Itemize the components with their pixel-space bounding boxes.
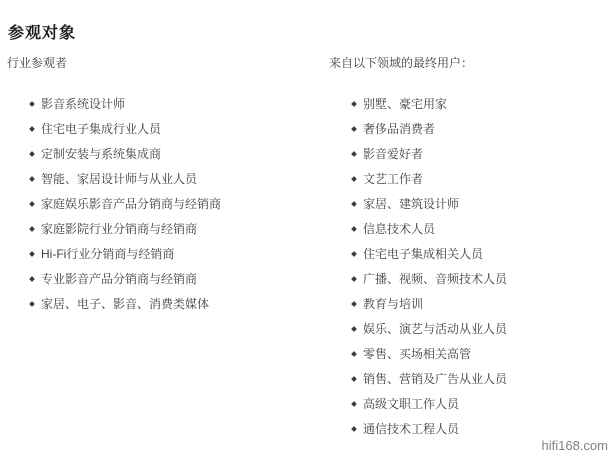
bullet-icon [351, 426, 357, 432]
bullet-icon [29, 151, 35, 157]
list-item: 影音爱好者 [329, 141, 609, 166]
list-item: 零售、买场相关高管 [329, 341, 609, 366]
list-item-label: 零售、买场相关高管 [363, 345, 471, 362]
industry-visitors-header: 行业参观者 [7, 57, 307, 70]
list-item: 定制安装与系统集成商 [7, 141, 307, 166]
industry-visitors-section: 行业参观者 影音系统设计师 住宅电子集成行业人员 定制安装与系统集成商 [7, 57, 307, 316]
list-item-label: 影音爱好者 [363, 145, 423, 162]
page-title: 参观对象 [8, 20, 76, 43]
list-item-label: 专业影音产品分销商与经销商 [41, 270, 197, 287]
bullet-icon [351, 201, 357, 207]
bullet-icon [351, 401, 357, 407]
list-item-label: 家居、建筑设计师 [363, 195, 459, 212]
bullet-icon [351, 251, 357, 257]
industry-visitors-list: 影音系统设计师 住宅电子集成行业人员 定制安装与系统集成商 智能、家居设计师与从… [7, 91, 307, 316]
list-item: 娱乐、演艺与活动从业人员 [329, 316, 609, 341]
list-item: 影音系统设计师 [7, 91, 307, 116]
list-item-label: 别墅、豪宅用家 [363, 95, 447, 112]
bullet-icon [29, 176, 35, 182]
list-item: 奢侈品消费者 [329, 116, 609, 141]
list-item-label: 家居、电子、影音、消费类媒体 [41, 295, 209, 312]
list-item-label: 影音系统设计师 [41, 95, 125, 112]
list-item-label: Hi-Fi行业分销商与经销商 [41, 245, 174, 262]
list-item: 智能、家居设计师与从业人员 [7, 166, 307, 191]
list-item-label: 高级文职工作人员 [363, 395, 459, 412]
list-item: 广播、视频、音频技术人员 [329, 266, 609, 291]
list-item-label: 定制安装与系统集成商 [41, 145, 161, 162]
list-item: 家庭影院行业分销商与经销商 [7, 216, 307, 241]
end-users-list: 别墅、豪宅用家 奢侈品消费者 影音爱好者 文艺工作者 [329, 91, 609, 441]
list-item-label: 智能、家居设计师与从业人员 [41, 170, 197, 187]
list-item: 专业影音产品分销商与经销商 [7, 266, 307, 291]
list-item-label: 教育与培训 [363, 295, 423, 312]
list-item: 家居、电子、影音、消费类媒体 [7, 291, 307, 316]
list-item-label: 销售、营销及广告从业人员 [363, 370, 507, 387]
bullet-icon [351, 276, 357, 282]
end-users-header: 来自以下领域的最终用户： [329, 57, 609, 70]
bullet-icon [29, 201, 35, 207]
list-item-label: 文艺工作者 [363, 170, 423, 187]
list-item-label: 奢侈品消费者 [363, 120, 435, 137]
list-item: 住宅电子集成相关人员 [329, 241, 609, 266]
list-item: 住宅电子集成行业人员 [7, 116, 307, 141]
list-item: 信息技术人员 [329, 216, 609, 241]
list-item: 家居、建筑设计师 [329, 191, 609, 216]
list-item-label: 信息技术人员 [363, 220, 435, 237]
bullet-icon [351, 301, 357, 307]
bullet-icon [29, 126, 35, 132]
bullet-icon [351, 326, 357, 332]
end-users-section: 来自以下领域的最终用户： 别墅、豪宅用家 奢侈品消费者 影音爱好者 [329, 57, 609, 441]
bullet-icon [351, 176, 357, 182]
list-item-label: 家庭娱乐影音产品分销商与经销商 [41, 195, 221, 212]
list-item: 高级文职工作人员 [329, 391, 609, 416]
list-item-label: 通信技术工程人员 [363, 420, 459, 437]
bullet-icon [351, 151, 357, 157]
list-item: 销售、营销及广告从业人员 [329, 366, 609, 391]
site-watermark: hifi168.com [542, 438, 608, 453]
list-item: Hi-Fi行业分销商与经销商 [7, 241, 307, 266]
list-item: 文艺工作者 [329, 166, 609, 191]
bullet-icon [29, 226, 35, 232]
list-item-label: 家庭影院行业分销商与经销商 [41, 220, 197, 237]
list-item-label: 住宅电子集成相关人员 [363, 245, 483, 262]
list-item: 家庭娱乐影音产品分销商与经销商 [7, 191, 307, 216]
bullet-icon [351, 376, 357, 382]
list-item: 别墅、豪宅用家 [329, 91, 609, 116]
bullet-icon [29, 101, 35, 107]
bullet-icon [29, 276, 35, 282]
bullet-icon [351, 226, 357, 232]
bullet-icon [29, 301, 35, 307]
list-item-label: 广播、视频、音频技术人员 [363, 270, 507, 287]
list-item-label: 娱乐、演艺与活动从业人员 [363, 320, 507, 337]
bullet-icon [351, 351, 357, 357]
bullet-icon [351, 101, 357, 107]
bullet-icon [29, 251, 35, 257]
bullet-icon [351, 126, 357, 132]
list-item-label: 住宅电子集成行业人员 [41, 120, 161, 137]
page: 参观对象 行业参观者 影音系统设计师 住宅电子集成行业人员 定制安装与系统集成商 [0, 0, 614, 458]
list-item: 教育与培训 [329, 291, 609, 316]
